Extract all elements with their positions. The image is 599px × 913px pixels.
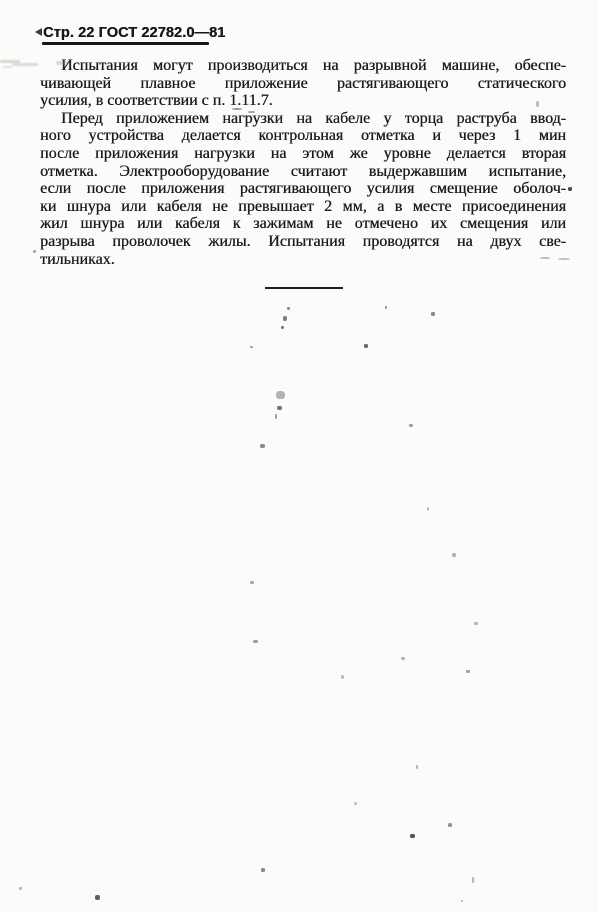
scan-smudge <box>3 66 12 68</box>
scan-speck <box>448 823 452 827</box>
scan-speck <box>461 900 463 902</box>
scan-smudge <box>56 61 69 65</box>
scan-speck <box>474 622 478 625</box>
scan-speck <box>261 868 265 872</box>
page-header: Стр. 22 ГОСТ 22782.0—81 <box>43 25 225 41</box>
scan-speck <box>250 346 253 348</box>
scan-speck <box>232 108 242 110</box>
scan-speck <box>283 316 287 321</box>
text-line: после приложения нагрузки на этом же уро… <box>40 145 566 163</box>
scan-speck <box>558 258 570 260</box>
scan-speck <box>431 312 435 316</box>
scan-speck <box>466 670 470 673</box>
scan-speck <box>540 257 550 259</box>
text-line: чивающей плавное приложение растягивающе… <box>40 75 566 93</box>
scan-speck <box>260 444 265 448</box>
scan-speck <box>410 834 415 838</box>
text-line: ного устройства делается контрольная отм… <box>40 127 566 145</box>
header-underline-rule <box>42 42 209 45</box>
scan-speck <box>253 640 258 643</box>
text-line: если после приложения растягивающего уси… <box>40 180 566 198</box>
document-body: Испытания могут производиться на разрывн… <box>40 57 566 268</box>
scan-speck <box>568 187 572 191</box>
text-line: Испытания могут производиться на разрывн… <box>40 57 566 75</box>
scan-speck <box>409 424 413 427</box>
scan-speck <box>536 101 539 107</box>
scan-speck <box>341 675 344 679</box>
text-line: Перед приложением нагрузки на кабеле у т… <box>40 110 566 128</box>
text-line: ки шнура или кабеля не превышает 2 мм, а… <box>40 198 566 216</box>
scan-smudge <box>12 63 38 66</box>
scan-speck <box>281 326 284 329</box>
text-line: тильниках. <box>40 251 566 269</box>
text-line: жил шнура или кабеля к зажимам не отмече… <box>40 215 566 233</box>
scan-speck <box>287 307 290 310</box>
scan-speck <box>364 344 368 348</box>
section-separator-rule <box>265 287 343 289</box>
scan-speck <box>472 877 474 883</box>
scan-speck <box>354 802 357 805</box>
scan-speck <box>250 581 254 584</box>
document-page: Стр. 22 ГОСТ 22782.0—81 Испытания могут … <box>0 0 599 913</box>
text-line: разрыва проволочек жилы. Испытания прово… <box>40 233 566 251</box>
text-line: отметка. Электрооборудование считают выд… <box>40 163 566 181</box>
scan-speck <box>33 250 36 253</box>
scan-speck <box>427 507 429 511</box>
scan-speck <box>276 391 285 399</box>
scan-speck <box>452 553 456 557</box>
scan-tick-artifact <box>35 28 42 36</box>
scan-speck <box>385 306 387 309</box>
scan-speck <box>277 406 282 410</box>
scan-speck <box>401 657 405 660</box>
scan-speck <box>275 414 277 419</box>
text-line: усилия, в соответствии с п. 1.11.7. <box>40 92 566 110</box>
scan-speck <box>248 111 255 113</box>
scan-speck <box>416 765 418 769</box>
scan-speck <box>19 887 22 890</box>
scan-speck <box>95 895 100 900</box>
